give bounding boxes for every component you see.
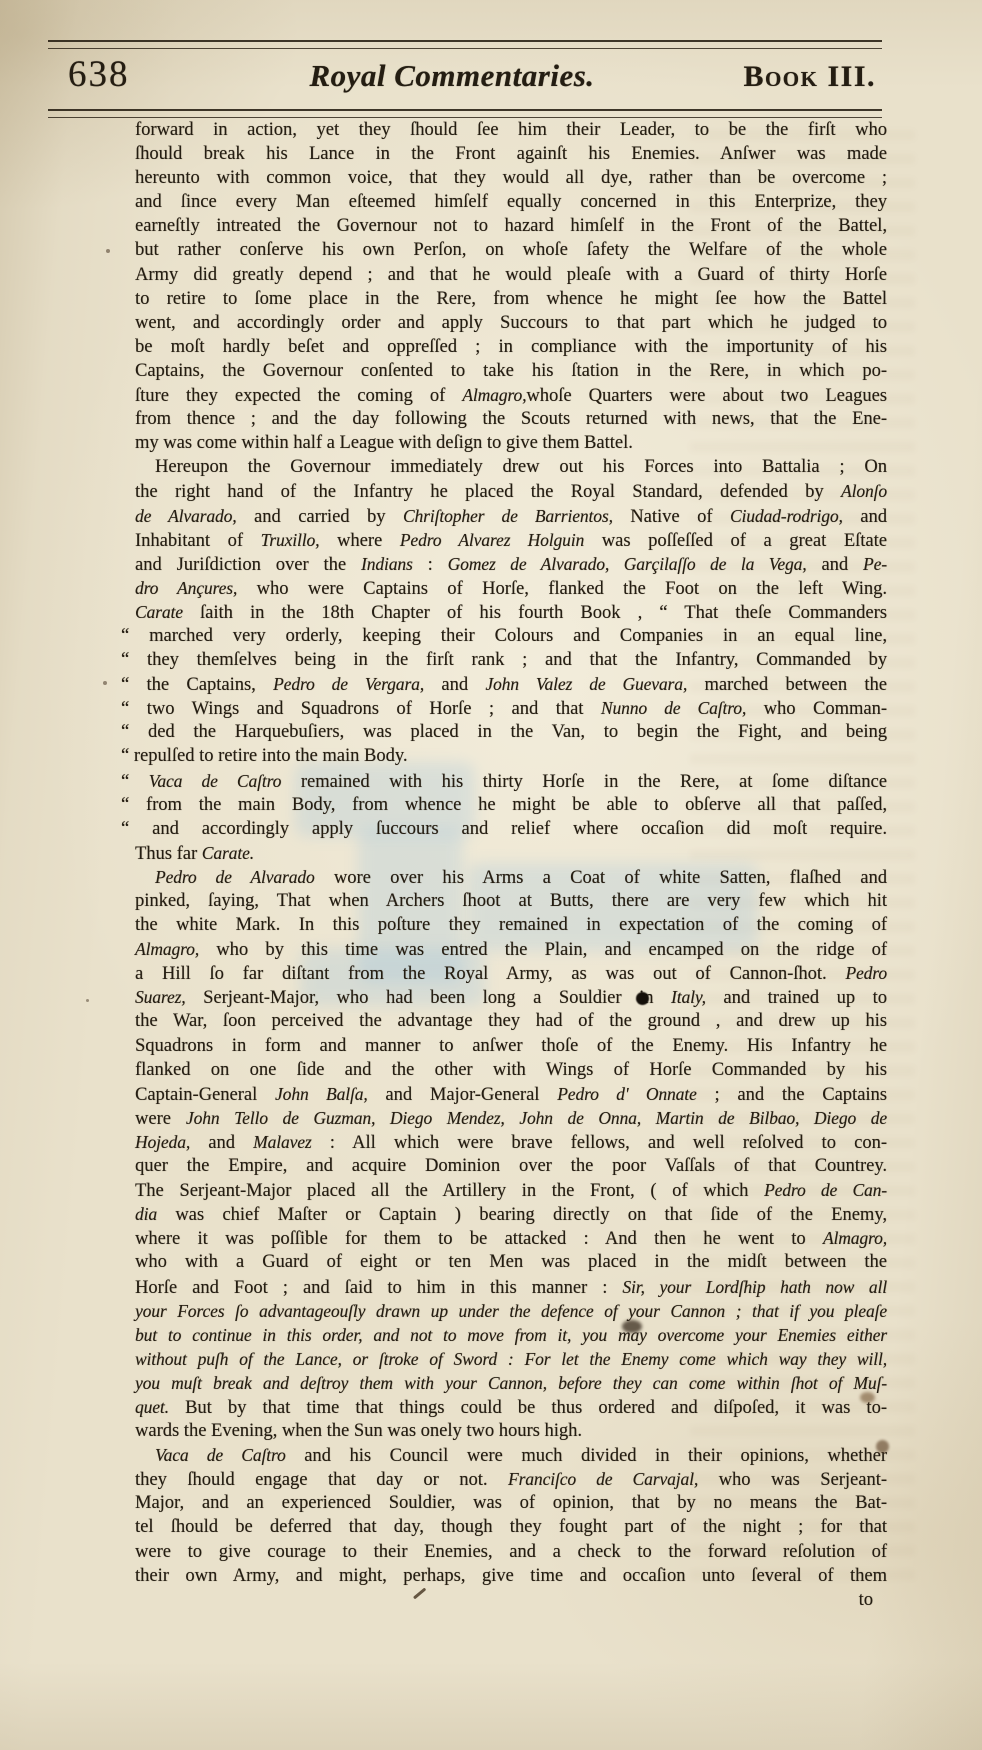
text-line: their own Army, and might, perhaps, give… [135,1564,887,1588]
text-line: “ repulſed to retire into the main Body. [135,744,887,768]
text-line: where it was poſſible for them to be att… [135,1226,887,1250]
text-line: from thence ; and the day following the … [135,407,887,431]
text-line: Captains, the Governour conſented to tak… [135,359,887,383]
text-line: tel ſhould be deferred that day, though … [135,1515,887,1539]
text-line: “ the Captains, Pedro de Vergara, and Jo… [135,672,887,696]
text-line: the right hand of the Infantry he placed… [135,479,887,503]
text-line: without puſh of the Lance, or ſtroke of … [135,1347,887,1371]
text-line: Almagro, who by this time was entred the… [135,937,887,961]
text-line: but rather conſerve his own Perſon, on w… [135,238,887,262]
foxing-spot [876,1440,889,1453]
book-label: Book III. [666,60,880,94]
text-line: they ſhould engage that day or not. Fran… [135,1467,887,1491]
text-line: Suarez, Serjeant-Major, who had been lon… [135,985,887,1009]
text-line: the War, ſoon perceived the advantage th… [135,1009,887,1033]
foxing-spot [860,1392,875,1403]
text-line: dro Ançures, who were Captains of Horſe,… [135,576,887,600]
text-line: wards the Evening, when the Sun was onel… [135,1419,887,1443]
text-line: Captain-General John Balſa, and Major-Ge… [135,1082,887,1106]
text-line: pinked, ſaying, That when Archers ſhoot … [135,889,887,913]
ink-speck [86,999,89,1002]
header-top-rule [48,40,882,49]
text-line: Thus far Carate. [135,841,887,865]
text-line: ſture they expected the coming of Almagr… [135,383,887,407]
text-line: Hereupon the Governour immediately drew … [135,455,887,479]
text-line: “ marched very orderly, keeping their Co… [135,624,887,648]
text-line: dia was chief Maſter or Captain ) bearin… [135,1202,887,1226]
text-line: be moſt hardly beſet and oppreſſed ; in … [135,335,887,359]
text-line: Horſe and Foot ; and ſaid to him in this… [135,1275,887,1299]
text-line: “ Vaca de Caſtro remained with his thirt… [135,769,887,793]
book-page: 638 Royal Commentaries. Book III. forwar… [0,0,982,1750]
text-line: Carate ſaith in the 18th Chapter of his … [135,600,887,624]
text-line: to retire to ſome place in the Rere, fro… [135,287,887,311]
text-line: and ſince every Man eſteemed himſelf equ… [135,190,887,214]
text-line: ſhould break his Lance in the Front agai… [135,142,887,166]
text-line: Inhabitant of Truxillo, where Pedro Alva… [135,528,887,552]
text-line: forward in action, yet they ſhould ſee h… [135,118,887,142]
text-line: “ ded the Harquebuſiers, was placed in t… [135,720,887,744]
text-line: de Alvarado, and carried by Chriſtopher … [135,504,887,528]
text-line: and Juriſdiction over the Indians : Gome… [135,552,887,576]
text-line: “ two Wings and Squadrons of Horſe ; and… [135,696,887,720]
text-line: you muſt break and deſtroy them with you… [135,1371,887,1395]
text-line: were to give courage to their Enemies, a… [135,1540,887,1564]
text-line: flanked on one ſide and the other with W… [135,1058,887,1082]
header-bottom-rule [48,109,882,118]
page-number: 638 [50,53,238,96]
ink-speck [103,681,107,685]
text-line: Pedro de Alvarado wore over his Arms a C… [135,865,887,889]
text-line: your Forces ſo advantageouſly drawn up u… [135,1299,887,1323]
text-line: to [135,1588,887,1612]
running-header: 638 Royal Commentaries. Book III. [48,40,882,118]
text-line: “ they themſelves being in the firſt ran… [135,648,887,672]
text-line: Squadrons in form and manner to anſwer t… [135,1034,887,1058]
text-line: earneſtly intreated the Governour not to… [135,214,887,238]
text-line: hereunto with common voice, that they wo… [135,166,887,190]
text-line: the white Mark. In this poſture they rem… [135,913,887,937]
running-title: Royal Commentaries. [238,58,666,94]
body-text: forward in action, yet they ſhould ſee h… [135,118,887,1612]
text-line: who with a Guard of eight or ten Men was… [135,1250,887,1274]
text-line: The Serjeant-Major placed all the Artill… [135,1178,887,1202]
text-line: my was come within half a League with de… [135,431,887,455]
ink-stain [622,1320,642,1333]
text-line: “ from the main Body, from whence he mig… [135,793,887,817]
text-line: quer the Empire, and acquire Dominion ov… [135,1154,887,1178]
text-line: “ and accordingly apply ſuccours and rel… [135,817,887,841]
text-line: but to continue in this order, and not t… [135,1323,887,1347]
text-line: were John Tello de Guzman, Diego Mendez,… [135,1106,887,1130]
text-line: Vaca de Caſtro and his Council were much… [135,1443,887,1467]
text-line: went, and accordingly order and apply Su… [135,311,887,335]
text-line: Army did greatly depend ; and that he wo… [135,263,887,287]
ink-blot [636,992,649,1005]
text-line: Hojeda, and Malavez : All which were bra… [135,1130,887,1154]
ink-speck [106,249,110,253]
text-line: Major, and an experienced Souldier, was … [135,1491,887,1515]
header-row: 638 Royal Commentaries. Book III. [48,49,882,109]
text-line: a Hill ſo far diſtant from the Royal Arm… [135,961,887,985]
text-line: quet. But by that time that things could… [135,1395,887,1419]
